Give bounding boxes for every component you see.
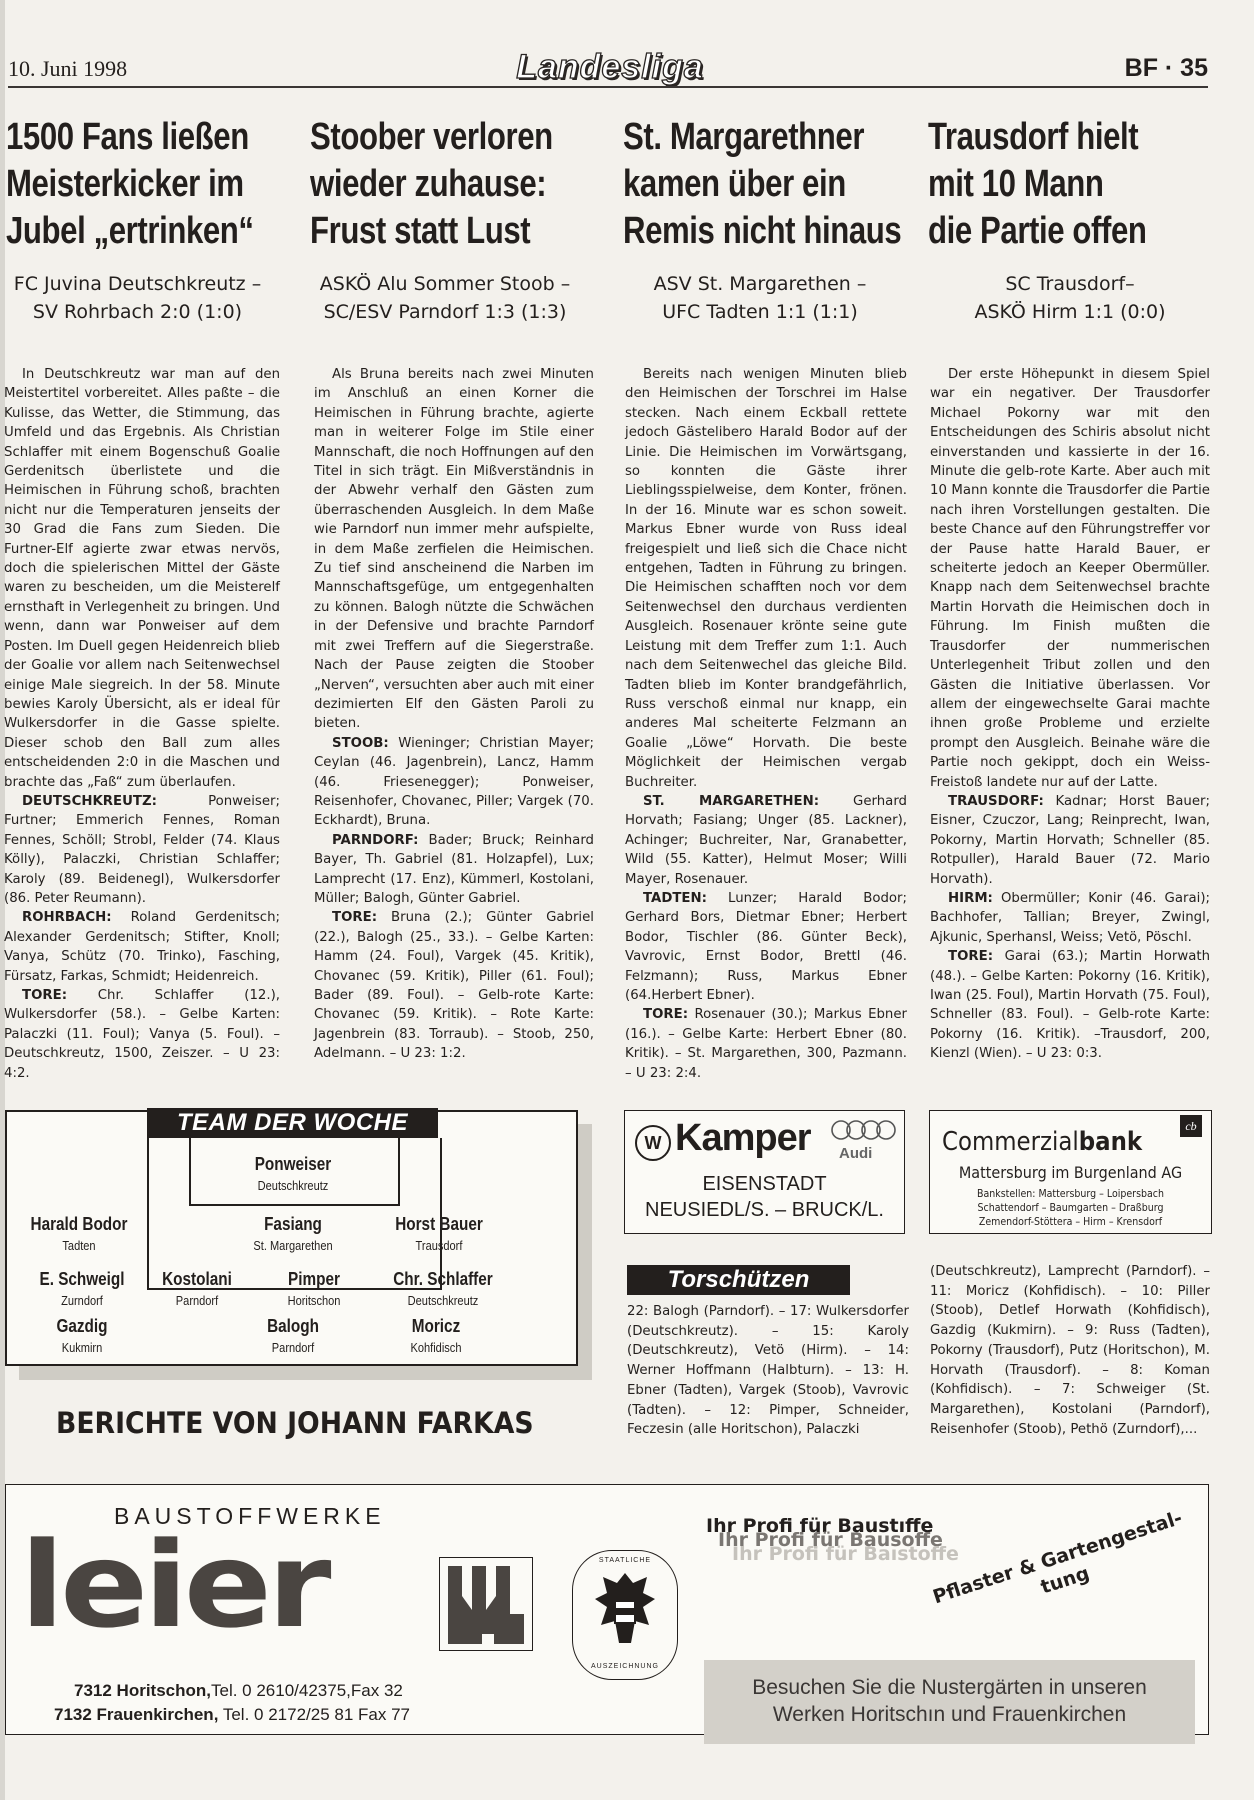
headline-line: wieder zuhause: bbox=[310, 161, 556, 208]
lineup-team: TADTEN: bbox=[643, 891, 707, 906]
visit-banner: Besuchen Sie die Nustergärten in unseren… bbox=[704, 1660, 1195, 1744]
branch-line: Schattendorf – Baumgarten – Draßburg bbox=[944, 1201, 1197, 1215]
headline-line: Stoober verloren bbox=[310, 114, 556, 161]
lineup-team: ST. MARGARETHEN: bbox=[643, 794, 819, 809]
audi-label: Audi bbox=[839, 1145, 872, 1162]
player: MoriczKohfidisch bbox=[346, 1316, 526, 1355]
lineup-team: TORE: bbox=[948, 949, 993, 964]
article-4-headline: Trausdorf hielt mit 10 Mann die Partie o… bbox=[928, 114, 1228, 255]
torschuetzen-list-col1: 22: Balogh (Parndorf). – 17: Wulkersdorf… bbox=[627, 1302, 909, 1440]
player: GazdigKukmirn bbox=[0, 1316, 172, 1355]
lineup-text: Lunzer; Harald Bodor; Gerhard Bors, Diet… bbox=[625, 891, 907, 1003]
visit-line: Werken Horitschın und Frauenkirchen bbox=[704, 1701, 1195, 1728]
lineup-team: TRAUSDORF: bbox=[948, 794, 1044, 809]
article-3-headline: St. Margarethner kamen über ein Remis ni… bbox=[623, 114, 923, 255]
leier-address-2: 7132 Frauenkirchen, Tel. 0 2172/25 81 Fa… bbox=[54, 1705, 410, 1725]
article-1-body: In Deutschkreutz war man auf den Meister… bbox=[4, 365, 280, 1083]
headline-line: Jubel „ertrinken“ bbox=[6, 208, 244, 255]
match-teams: ASKÖ Alu Sommer Stoob – bbox=[300, 270, 590, 298]
team-der-woche-box: TEAM DER WOCHE PonweiserDeutschkreutz Ha… bbox=[5, 1110, 578, 1366]
lineup-text: Ponweiser; Furtner; Emmerich Fennes, Rom… bbox=[4, 794, 280, 906]
visit-text: Besuchen Sie die Nustergärten in unseren… bbox=[704, 1660, 1195, 1728]
lineup-text: Bruna (2.); Günter Gabriel (22.), Balogh… bbox=[314, 910, 594, 1061]
article-3-body: Bereits nach wenigen Minuten blieb den H… bbox=[625, 365, 907, 1083]
lineup-team: STOOB: bbox=[332, 736, 389, 751]
article-text: Der erste Höhepunkt in diesem Spiel war … bbox=[930, 365, 1210, 792]
lineup-team: TORE: bbox=[22, 988, 67, 1003]
player: Chr. SchlafferDeutschkreutz bbox=[353, 1269, 533, 1308]
match-result: SC/ESV Parndorf 1:3 (1:3) bbox=[300, 298, 590, 326]
match-teams: FC Juvina Deutschkreutz – bbox=[0, 270, 275, 298]
leier-address-1: 7312 Horitschon,Tel. 0 2610/42375,Fax 32 bbox=[74, 1681, 403, 1701]
issue-date: 10. Juni 1998 bbox=[8, 56, 127, 82]
match-result: ASKÖ Hirm 1:1 (0:0) bbox=[920, 298, 1220, 326]
bank-name-light: Commerzial bbox=[942, 1127, 1079, 1157]
article-2-match: ASKÖ Alu Sommer Stoob – SC/ESV Parndorf … bbox=[300, 270, 590, 326]
state-award-badge-icon: STAATLICHE AUSZEICHNUNG bbox=[572, 1550, 678, 1680]
audi-rings-icon bbox=[830, 1119, 898, 1145]
branch-line: Bankstellen: Mattersburg – Loipersbach bbox=[944, 1187, 1197, 1201]
lineup-team: ROHRBACH: bbox=[22, 910, 112, 925]
page-number: BF · 35 bbox=[1125, 54, 1208, 83]
headline-line: Frust statt Lust bbox=[310, 208, 556, 255]
player: Horst BauerTrausdorf bbox=[349, 1214, 529, 1253]
article-text: In Deutschkreutz war man auf den Meister… bbox=[4, 365, 280, 792]
bank-name: Commerzialbank bbox=[942, 1127, 1142, 1157]
leier-logo: Leier bbox=[20, 1525, 327, 1645]
article-1-headline: 1500 Fans ließen Meisterkicker im Jubel … bbox=[6, 114, 296, 255]
headline-line: kamen über ein bbox=[623, 161, 869, 208]
badge-top-text: STAATLICHE bbox=[573, 1557, 677, 1564]
lineup-team: DEUTSCHKREUTZ: bbox=[22, 794, 157, 809]
headline-line: St. Margarethner bbox=[623, 114, 869, 161]
article-3-match: ASV St. Margarethen – UFC Tadten 1:1 (1:… bbox=[610, 270, 910, 326]
ad-commerzialbank: Commerzialbank cb Mattersburg im Burgenl… bbox=[929, 1110, 1212, 1234]
badge-bottom-text: AUSZEICHNUNG bbox=[573, 1663, 677, 1670]
ad-leier: BAUSTOFFWERKE Leier STAATLICHE AUSZEICHN… bbox=[5, 1484, 1209, 1735]
lineup-team: PARNDORF: bbox=[332, 833, 418, 848]
torschuetzen-title: Torschützen bbox=[627, 1265, 850, 1295]
headline-line: Meisterkicker im bbox=[6, 161, 244, 208]
ad-kamper: W Kamper Audi EISENSTADT NEUSIEDL/S. – B… bbox=[624, 1110, 905, 1234]
diagonal-slogan: Pflaster & Gartengestal- tung bbox=[930, 1506, 1193, 1632]
headline-line: Remis nicht hinaus bbox=[623, 208, 869, 255]
article-2-body: Als Bruna bereits nach zwei Minuten im A… bbox=[314, 365, 594, 1064]
slogan-line-3: Ihr Profi für Baıstoffe bbox=[732, 1543, 959, 1565]
torschuetzen-list-col2: (Deutschkreutz), Lamprecht (Parndorf). –… bbox=[930, 1262, 1210, 1439]
article-text: Bereits nach wenigen Minuten blieb den H… bbox=[625, 365, 907, 792]
article-4-body: Der erste Höhepunkt in diesem Spiel war … bbox=[930, 365, 1210, 1064]
kamper-brand: Kamper bbox=[675, 1117, 811, 1160]
cb-logo-icon: cb bbox=[1180, 1115, 1202, 1137]
address-city: 7132 Frauenkirchen, bbox=[54, 1705, 218, 1724]
article-1-match: FC Juvina Deutschkreutz – SV Rohrbach 2:… bbox=[0, 270, 275, 326]
byline: BERICHTE VON JOHANN FARKAS bbox=[56, 1406, 534, 1440]
lineup-team: TORE: bbox=[643, 1007, 688, 1022]
match-result: SV Rohrbach 2:0 (1:0) bbox=[0, 298, 275, 326]
address-phone: Tel. 0 2610/42375,Fax 32 bbox=[211, 1681, 403, 1700]
player: Harald BodorTadten bbox=[0, 1214, 169, 1253]
headline-line: mit 10 Mann bbox=[928, 161, 1174, 208]
lineup-text: Garai (63.); Martin Horwath (48.). – Gel… bbox=[930, 949, 1210, 1061]
team-der-woche-title: TEAM DER WOCHE bbox=[147, 1108, 438, 1138]
vw-logo-icon: W bbox=[635, 1125, 671, 1161]
kamper-location-1: EISENSTADT bbox=[625, 1173, 904, 1196]
bank-branches: Bankstellen: Mattersburg – Loipersbach S… bbox=[944, 1187, 1197, 1229]
player-goalkeeper: PonweiserDeutschkreutz bbox=[203, 1154, 383, 1193]
article-text: Als Bruna bereits nach zwei Minuten im A… bbox=[314, 365, 594, 734]
visit-line: Besuchen Sie die Nustergärten in unseren bbox=[704, 1674, 1195, 1701]
lineup-team: HIRM: bbox=[948, 891, 993, 906]
lineup-team: TORE: bbox=[332, 910, 377, 925]
match-result: UFC Tadten 1:1 (1:1) bbox=[610, 298, 910, 326]
bank-name-bold: bank bbox=[1079, 1127, 1142, 1157]
article-4-match: SC Trausdorf– ASKÖ Hirm 1:1 (0:0) bbox=[920, 270, 1220, 326]
headline-line: 1500 Fans ließen bbox=[6, 114, 244, 161]
branch-line: Zemendorf-Stöttera – Hirm – Krensdorf bbox=[944, 1215, 1197, 1229]
match-teams: ASV St. Margarethen – bbox=[610, 270, 910, 298]
header-rule bbox=[8, 86, 1208, 88]
kamper-location-2: NEUSIEDL/S. – BRUCK/L. bbox=[625, 1199, 904, 1222]
leier-monogram-icon bbox=[439, 1557, 533, 1651]
section-title: Landesliga bbox=[500, 48, 720, 87]
article-2-headline: Stoober verloren wieder zuhause: Frust s… bbox=[310, 114, 610, 255]
match-teams: SC Trausdorf– bbox=[920, 270, 1220, 298]
bank-subtitle: Mattersburg im Burgenland AG bbox=[944, 1163, 1197, 1182]
address-city: 7312 Horitschon, bbox=[74, 1681, 211, 1700]
headline-line: die Partie offen bbox=[928, 208, 1174, 255]
headline-line: Trausdorf hielt bbox=[928, 114, 1174, 161]
address-phone: Tel. 0 2172/25 81 Fax 77 bbox=[223, 1705, 410, 1724]
